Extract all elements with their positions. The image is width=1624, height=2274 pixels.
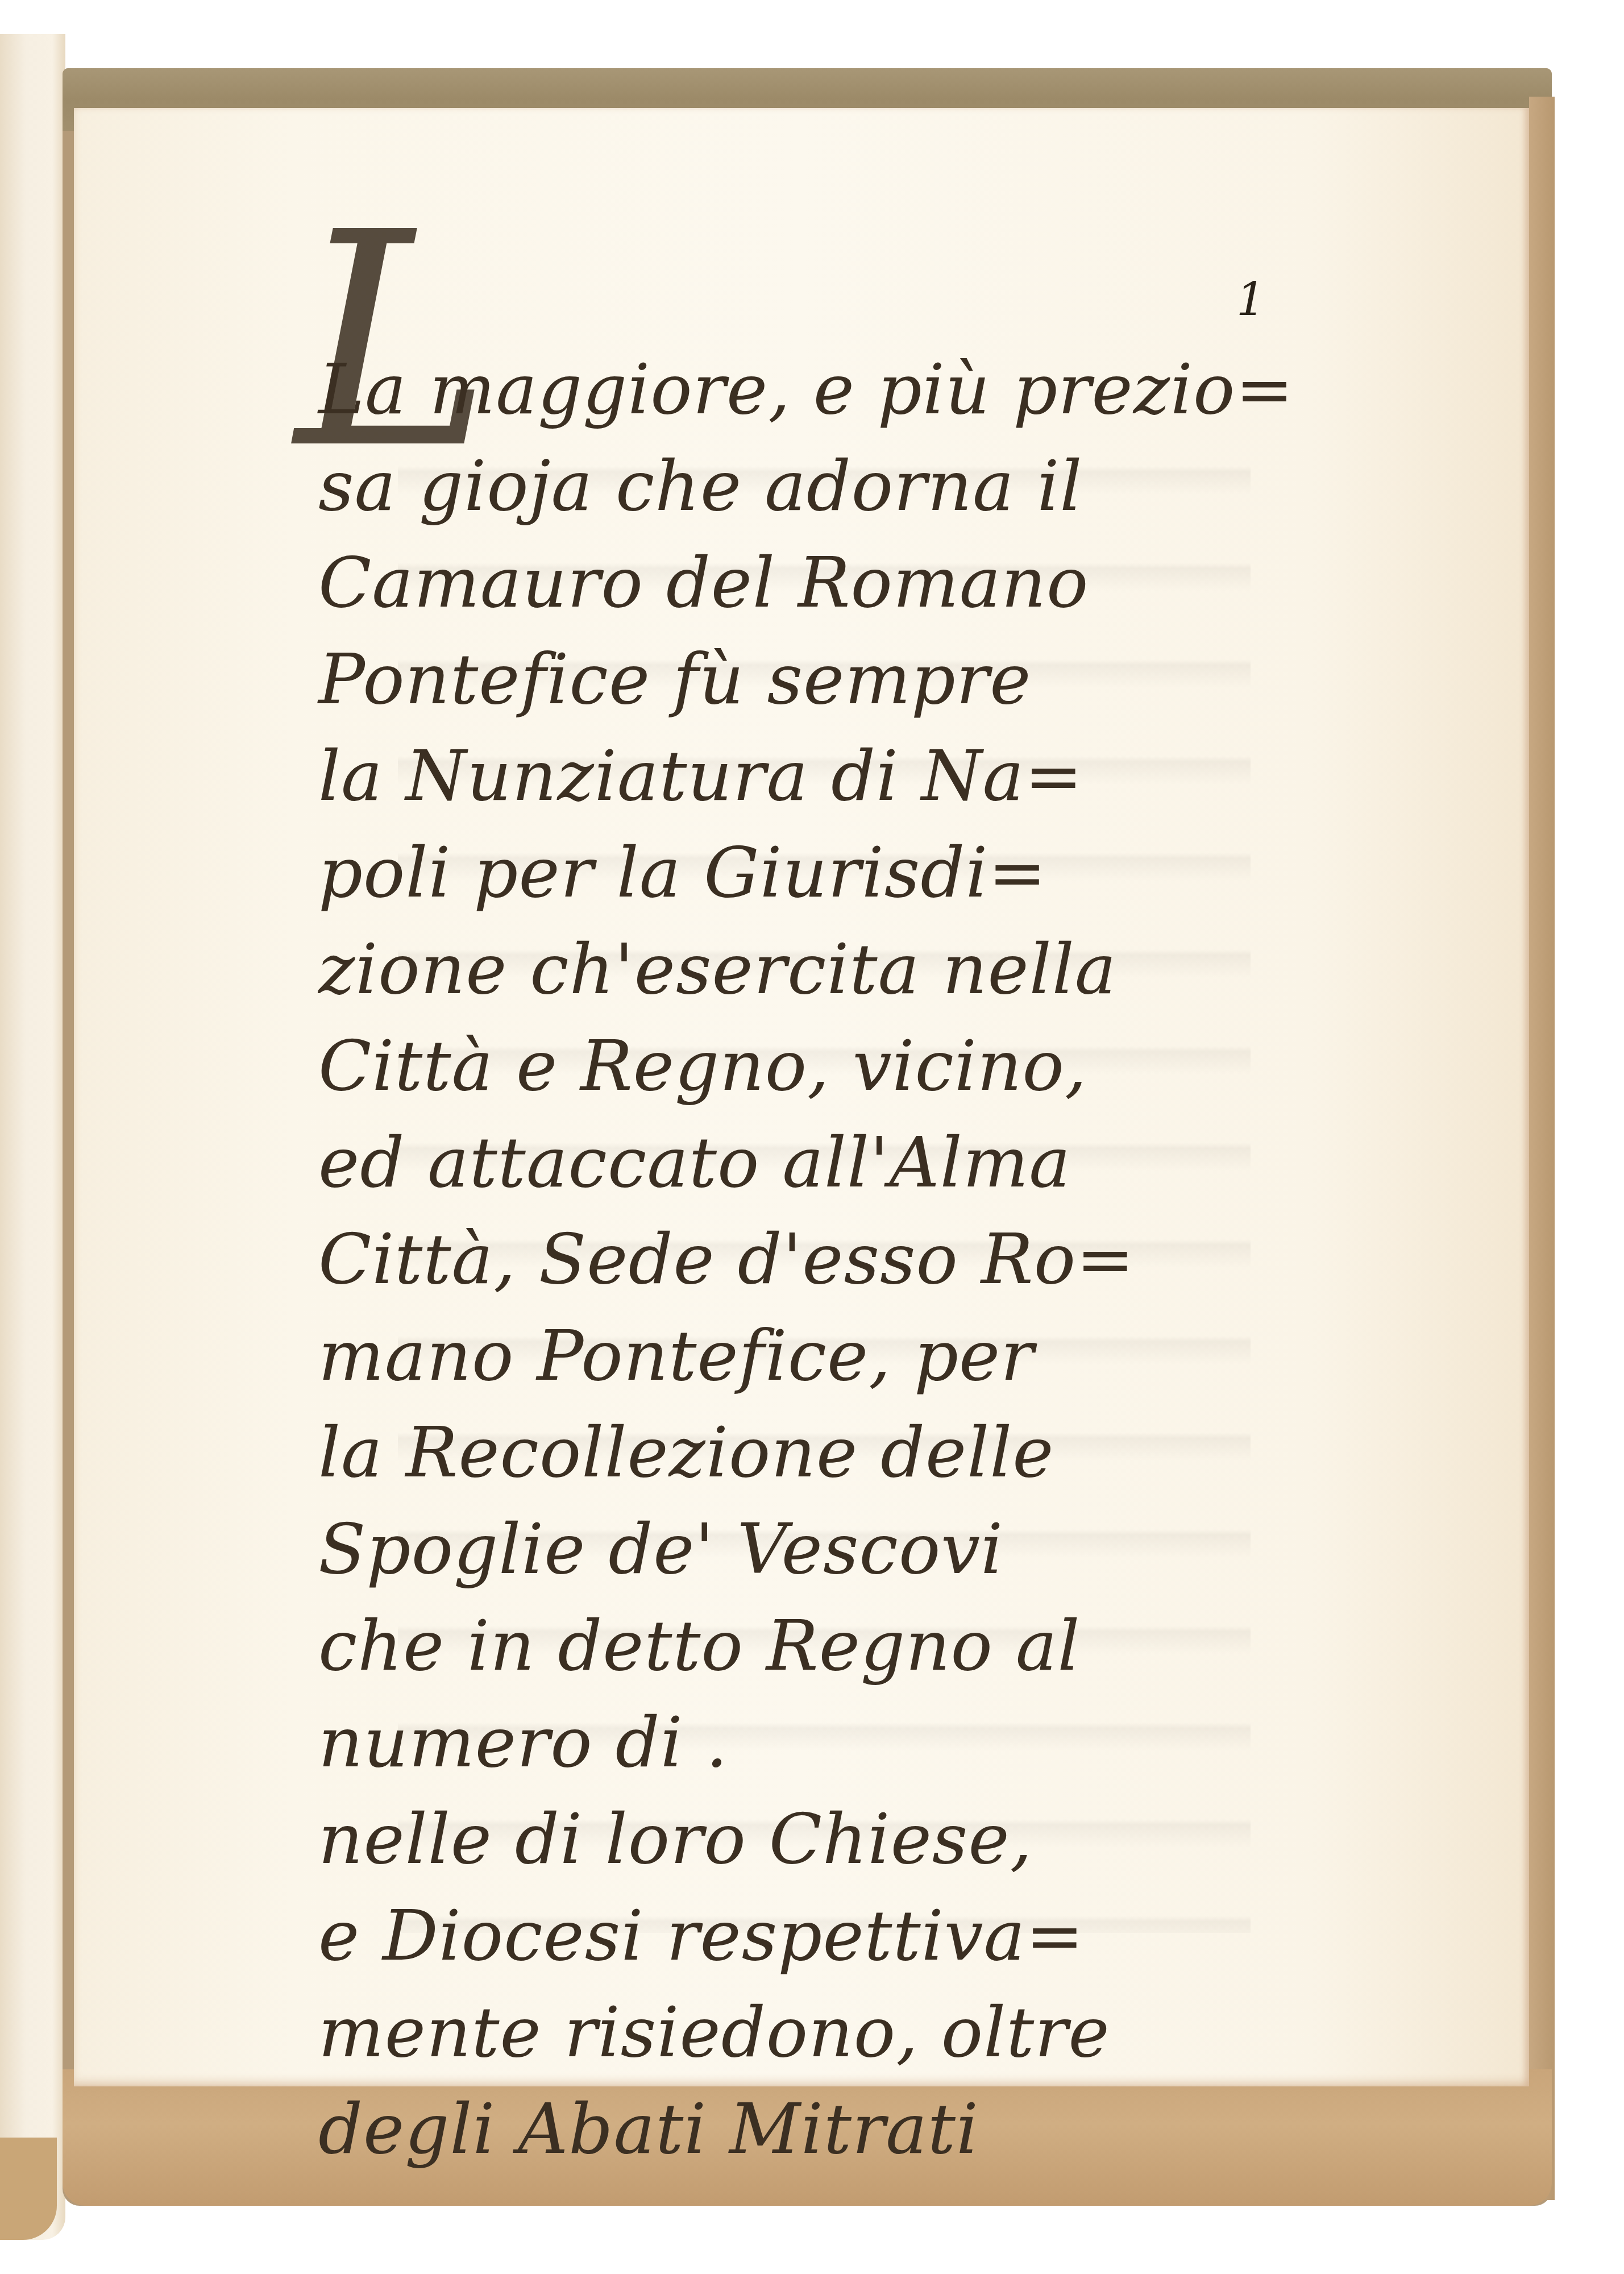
cover-right-edge <box>1529 97 1555 2200</box>
text-line: la Nunziatura di Na= <box>318 733 1262 830</box>
text-line: Camauro del Romano <box>318 540 1262 637</box>
page-number: 1 <box>1236 273 1265 326</box>
text-line: degli Abati Mitrati <box>318 2086 1262 2183</box>
text-line: che in detto Regno al <box>318 1603 1262 1700</box>
text-line: mente risiedono, oltre <box>318 1990 1262 2086</box>
text-line: Città e Regno, vicino, <box>318 1023 1262 1120</box>
text-line: sa gioja che adorna il <box>318 443 1262 540</box>
text-line: nelle di loro Chiese, <box>318 1796 1262 1893</box>
text-line: e Diocesi respettiva= <box>318 1893 1262 1990</box>
text-line: la Recollezione delle <box>318 1410 1262 1507</box>
text-line: Spoglie de' Vescovi <box>318 1507 1262 1603</box>
manuscript-text: La maggiore, e più prezio= sa gioja che … <box>318 347 1262 2183</box>
text-line: ed attaccato all'Alma <box>318 1120 1262 1217</box>
text-line: zione ch'esercita nella <box>318 927 1262 1023</box>
facing-page-edge <box>0 34 65 2240</box>
text-line: Pontefice fù sempre <box>318 637 1262 733</box>
text-line: Città, Sede d'esso Ro= <box>318 1217 1262 1313</box>
text-line: La maggiore, e più prezio= <box>318 347 1262 443</box>
text-line: numero di . <box>318 1700 1262 1796</box>
text-line: mano Pontefice, per <box>318 1313 1262 1410</box>
text-line: poli per la Giurisdi= <box>318 830 1262 927</box>
